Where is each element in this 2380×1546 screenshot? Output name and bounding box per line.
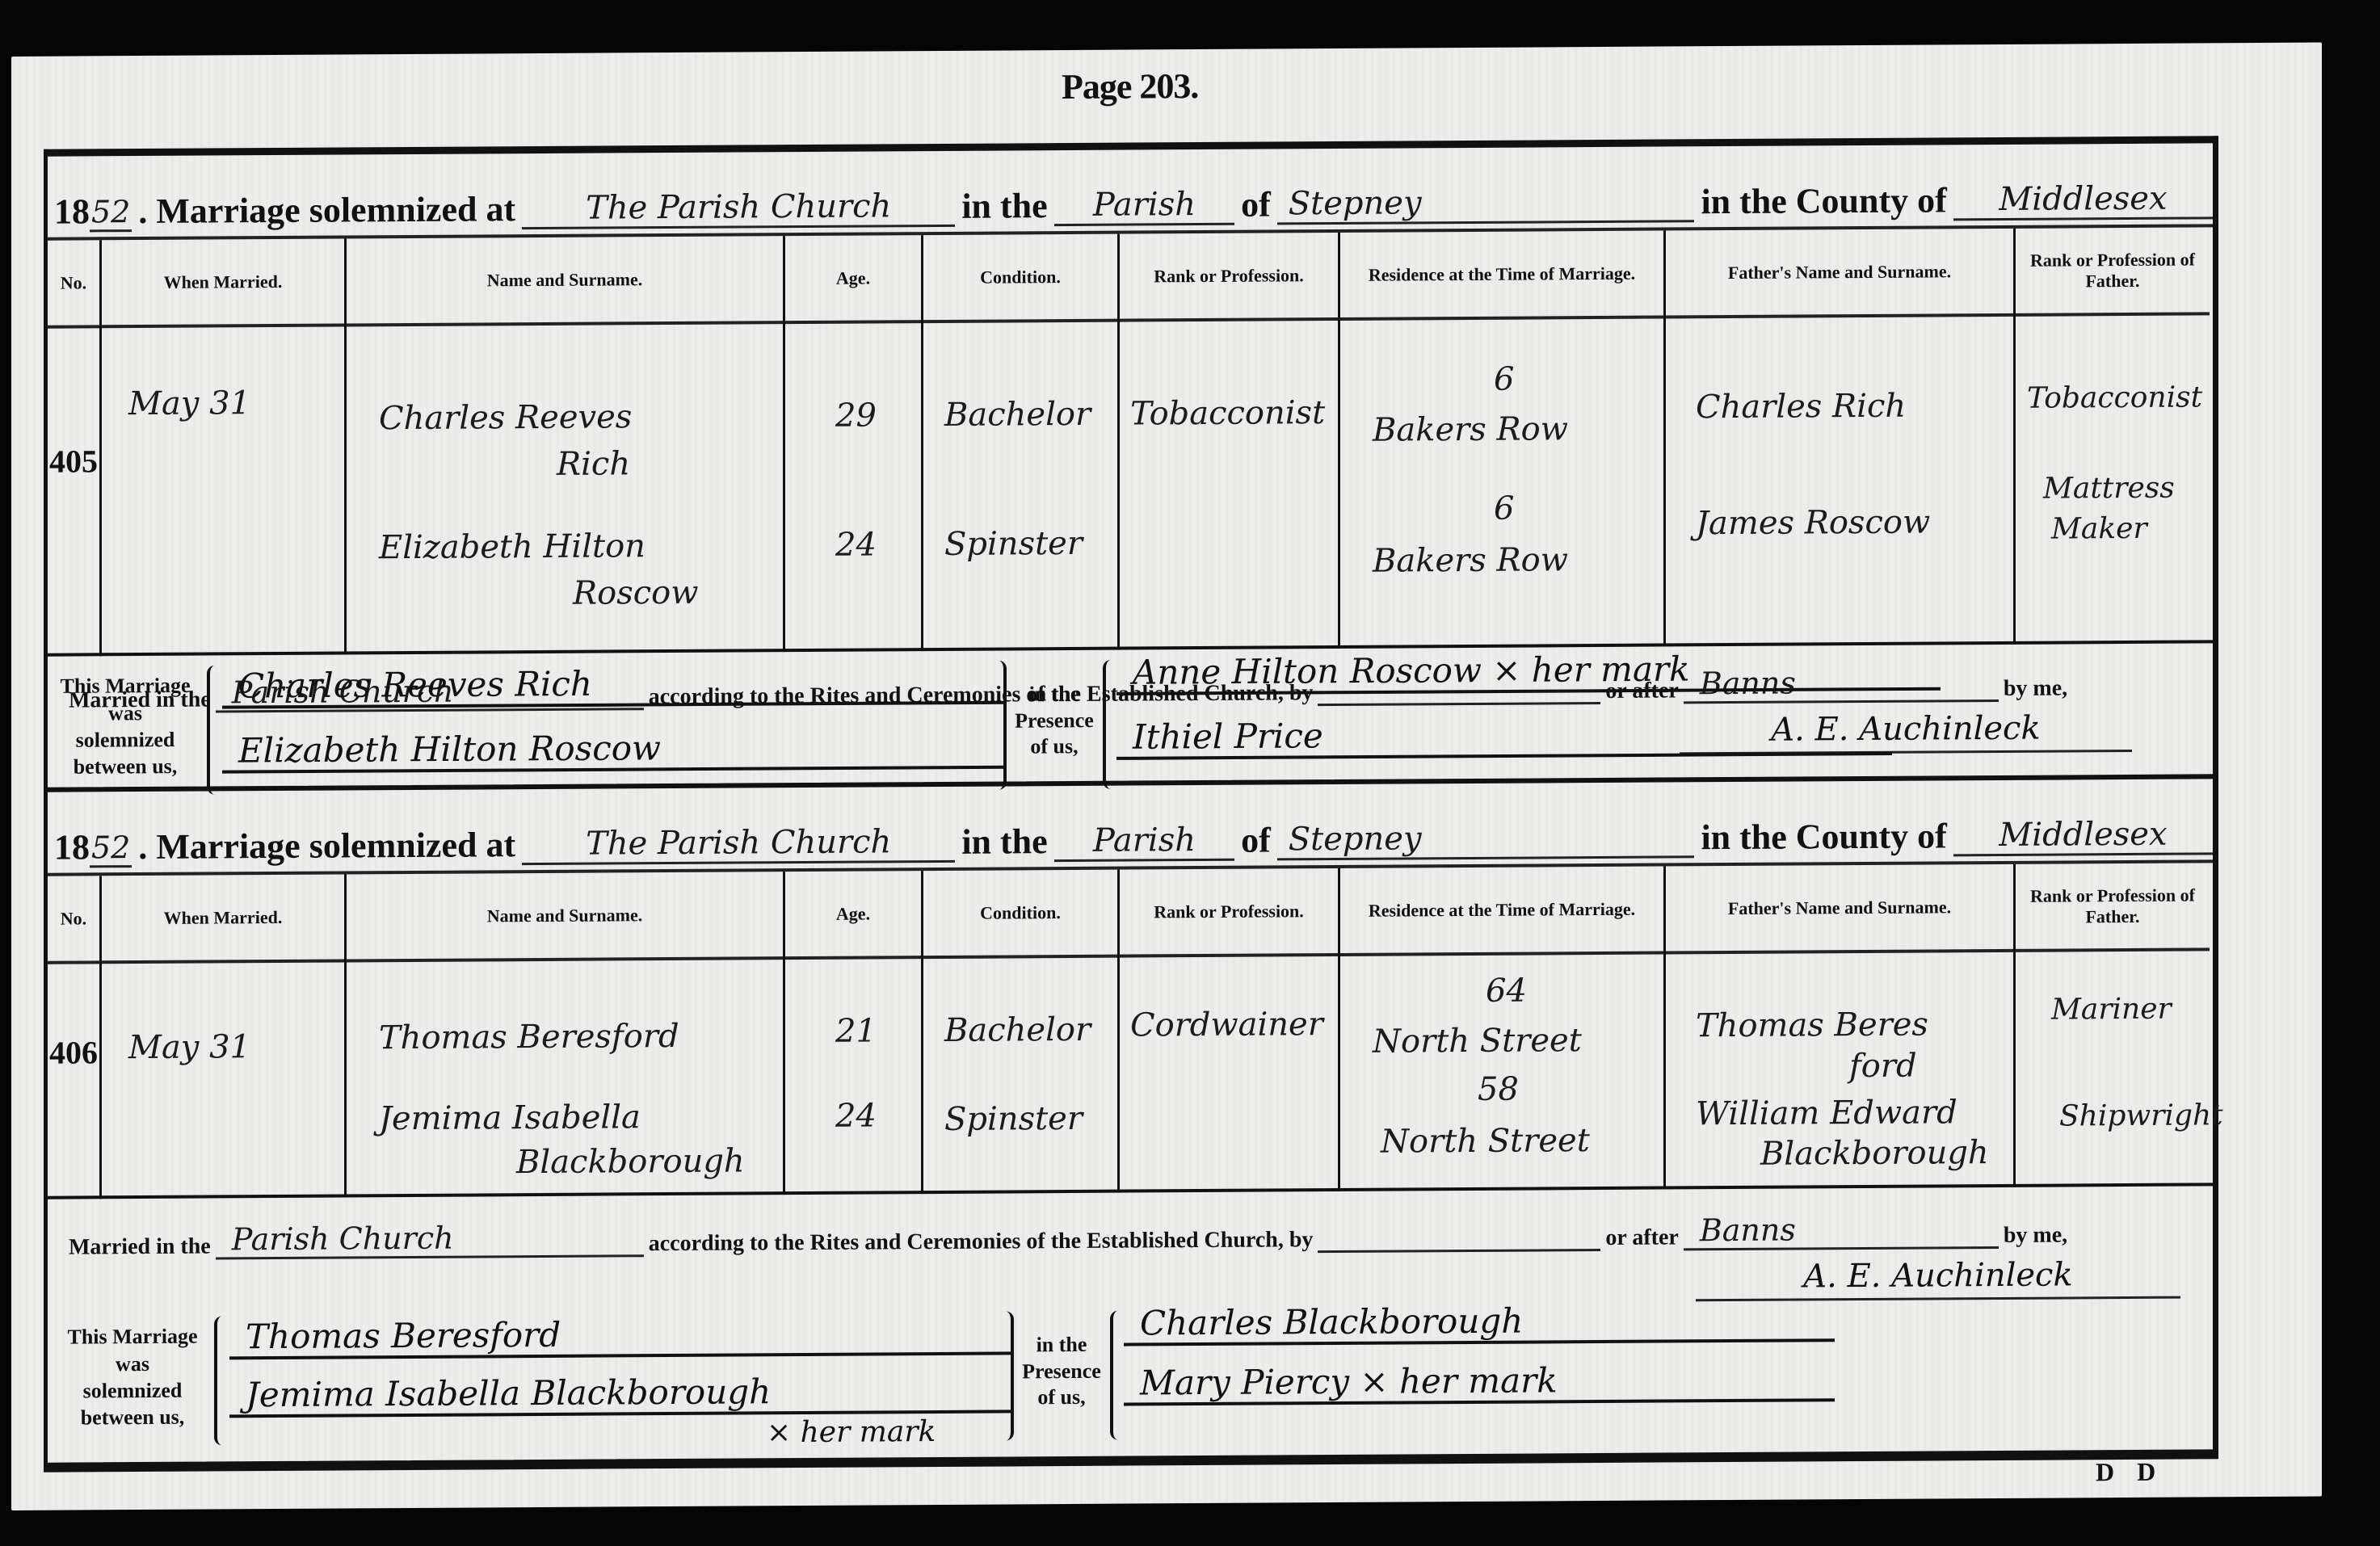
bride-residence-street: North Street <box>1381 1122 1590 1161</box>
county-field: Middlesex <box>1953 179 2213 221</box>
divider <box>344 874 347 1197</box>
bride-father-rank-line2: Maker <box>2051 512 2147 546</box>
place-field: The Parish Church <box>522 187 955 229</box>
brace <box>214 1316 229 1445</box>
bride-father-rank-line1: Mattress <box>2043 472 2175 506</box>
col-no: No. <box>48 240 99 328</box>
bride-surname: Roscow <box>573 574 698 612</box>
divider <box>2013 229 2016 645</box>
page-number: Page 203. <box>1062 65 1198 107</box>
year-suffix: 52 <box>90 830 132 868</box>
label-or-after: or after <box>1600 1225 1683 1251</box>
col-when-married: When Married. <box>102 874 344 964</box>
divider <box>1338 233 1340 649</box>
brace <box>1110 1311 1125 1440</box>
col-rank: Rank or Profession. <box>1120 233 1338 322</box>
divider <box>1663 866 1666 1189</box>
groom-father-rank: Tobacconist <box>2027 380 2202 414</box>
district-type-field: Parish <box>1054 821 1234 862</box>
year-prefix: 18 <box>54 191 90 232</box>
entry-405-signature-block: This Marriage was solemnized between us,… <box>48 637 2230 812</box>
label-of: of <box>1234 183 1277 225</box>
divider <box>1663 230 1666 646</box>
divider <box>783 236 785 652</box>
groom-signature: Charles Reeves Rich <box>222 653 1006 709</box>
brace <box>992 661 1007 790</box>
label-by-me: by me, <box>1999 1222 2072 1249</box>
bride-mark: × her mark <box>767 1415 936 1449</box>
married-in-field: Parish Church <box>216 1219 644 1259</box>
col-name: Name and Surname. <box>347 236 783 326</box>
bride-residence-street: Bakers Row <box>1373 541 1568 579</box>
label-according-to: according to the Rites and Ceremonies of… <box>644 1227 1318 1257</box>
place-field: The Parish Church <box>522 823 955 865</box>
brace <box>207 666 221 795</box>
col-name: Name and Surname. <box>347 872 783 962</box>
col-condition: Condition. <box>923 870 1117 959</box>
label-solemnized-between-us: This Marriage was solemnized between us, <box>48 649 202 804</box>
groom-father-rank: Mariner <box>2051 993 2172 1027</box>
witness-1-signature: Anne Hilton Roscow × her mark <box>1116 639 1941 695</box>
divider <box>2013 864 2016 1187</box>
col-age: Age. <box>785 871 921 960</box>
groom-rank: Tobacconist <box>1130 394 1325 432</box>
bride-residence-number: 6 <box>1494 490 1514 527</box>
label-in-presence-of-us: in the Presence of us, <box>1017 1295 1106 1449</box>
bride-signature: Elizabeth Hilton Roscow <box>222 717 1006 774</box>
label-married-in: Married in the <box>64 1233 216 1260</box>
bride-surname: Blackborough <box>516 1142 745 1181</box>
bride-father-rank: Shipwright <box>2059 1099 2223 1132</box>
witness-2-signature: Ithiel Price <box>1116 704 1892 760</box>
footer-mark: D D <box>2096 1457 2163 1488</box>
district-type-field: Parish <box>1054 186 1234 226</box>
bride-father-name-line2: Blackborough <box>1760 1134 1989 1173</box>
groom-father-name-line1: Thomas Beres <box>1696 1006 1928 1045</box>
bride-residence-number: 58 <box>1478 1071 1519 1108</box>
divider <box>99 240 102 656</box>
groom-name: Thomas Beresford <box>379 1018 679 1057</box>
divider <box>1338 868 1340 1191</box>
bride-condition: Spinster <box>944 525 1083 563</box>
groom-age: 21 <box>835 1012 877 1049</box>
label-in-the: in the <box>955 821 1053 863</box>
groom-signature: Thomas Beresford <box>229 1303 1013 1359</box>
groom-surname: Rich <box>557 445 630 483</box>
groom-residence-street: Bakers Row <box>1373 410 1568 448</box>
groom-age: 29 <box>835 397 877 434</box>
col-rank: Rank or Profession. <box>1120 868 1338 958</box>
district-field: Stepney <box>1277 183 1695 225</box>
col-father-rank: Rank or Profession of Father. <box>2016 863 2210 952</box>
groom-residence-number: 6 <box>1494 361 1514 398</box>
witness-1-signature: Charles Blackborough <box>1124 1290 1835 1346</box>
bride-age: 24 <box>835 1097 877 1134</box>
entry-number: 406 <box>49 1033 98 1071</box>
label-county: in the County of <box>1694 179 1953 222</box>
entry-table: No. When Married. Name and Surname. Age.… <box>48 859 2213 1199</box>
bride-age: 24 <box>835 526 877 563</box>
year-prefix: 18 <box>54 826 90 868</box>
groom-rank: Cordwainer <box>1130 1006 1323 1044</box>
bride-name: Jemima Isabella <box>379 1099 641 1137</box>
bride-condition: Spinster <box>944 1100 1083 1138</box>
divider <box>783 872 785 1195</box>
col-residence: Residence at the Time of Marriage. <box>1340 231 1663 321</box>
col-condition: Condition. <box>923 234 1117 323</box>
bride-father-name: James Roscow <box>1696 503 1930 542</box>
divider <box>921 235 923 651</box>
col-residence: Residence at the Time of Marriage. <box>1340 867 1663 956</box>
bride-name: Elizabeth Hilton <box>379 527 645 566</box>
married-in-line: Married in the Parish Church according t… <box>64 1191 2197 1260</box>
groom-residence-number: 64 <box>1486 973 1527 1010</box>
col-age: Age. <box>785 235 921 324</box>
label-solemnized-between-us: This Marriage was solemnized between us, <box>56 1300 209 1455</box>
bride-father-name-line1: William Edward <box>1696 1094 1957 1132</box>
groom-father-name-line2: ford <box>1849 1048 1917 1086</box>
when-married: May 31 <box>128 1028 250 1066</box>
divider <box>344 238 347 654</box>
label-marriage-solemnized-at: . Marriage solemnized at <box>132 824 522 868</box>
when-married: May 31 <box>128 384 250 422</box>
marriage-entry-406: 18 52 . Marriage solemnized at The Paris… <box>44 774 2218 1472</box>
col-father-rank: Rank or Profession of Father. <box>2016 227 2210 316</box>
col-father-name: Father's Name and Surname. <box>1666 229 2013 319</box>
entry-number: 405 <box>49 442 98 480</box>
label-in-presence-of-us: in the Presence of us, <box>1010 644 1099 798</box>
label-county: in the County of <box>1694 815 1953 858</box>
divider <box>921 871 923 1194</box>
entry-heading: 18 52 . Marriage solemnized at The Paris… <box>54 148 2213 232</box>
groom-father-name: Charles Rich <box>1696 388 1906 426</box>
entry-table: No. When Married. Name and Surname. Age.… <box>48 224 2213 656</box>
label-of: of <box>1234 819 1277 860</box>
district-field: Stepney <box>1277 818 1695 860</box>
licence-field <box>1318 1249 1600 1253</box>
col-when-married: When Married. <box>102 238 344 328</box>
banns-field: Banns <box>1684 1211 1999 1250</box>
brace <box>1103 660 1117 789</box>
groom-condition: Bachelor <box>944 1011 1091 1049</box>
bride-signature: Jemima Isabella Blackborough <box>229 1361 1013 1418</box>
brace <box>999 1311 1014 1440</box>
groom-name: Charles Reeves <box>379 398 632 437</box>
label-marriage-solemnized-at: . Marriage solemnized at <box>132 188 522 232</box>
col-father-name: Father's Name and Surname. <box>1666 864 2013 955</box>
signature-block: This Marriage was solemnized between us,… <box>56 1288 2205 1454</box>
divider <box>1117 870 1120 1193</box>
groom-residence-street: North Street <box>1373 1022 1582 1061</box>
county-field: Middlesex <box>1953 815 2213 856</box>
col-no: No. <box>48 876 99 964</box>
label-in-the: in the <box>955 185 1053 227</box>
divider <box>1117 234 1120 650</box>
year-suffix: 52 <box>90 194 132 232</box>
groom-condition: Bachelor <box>944 396 1091 434</box>
witness-2-signature: Mary Piercy × her mark <box>1124 1350 1835 1405</box>
divider <box>99 876 102 1199</box>
